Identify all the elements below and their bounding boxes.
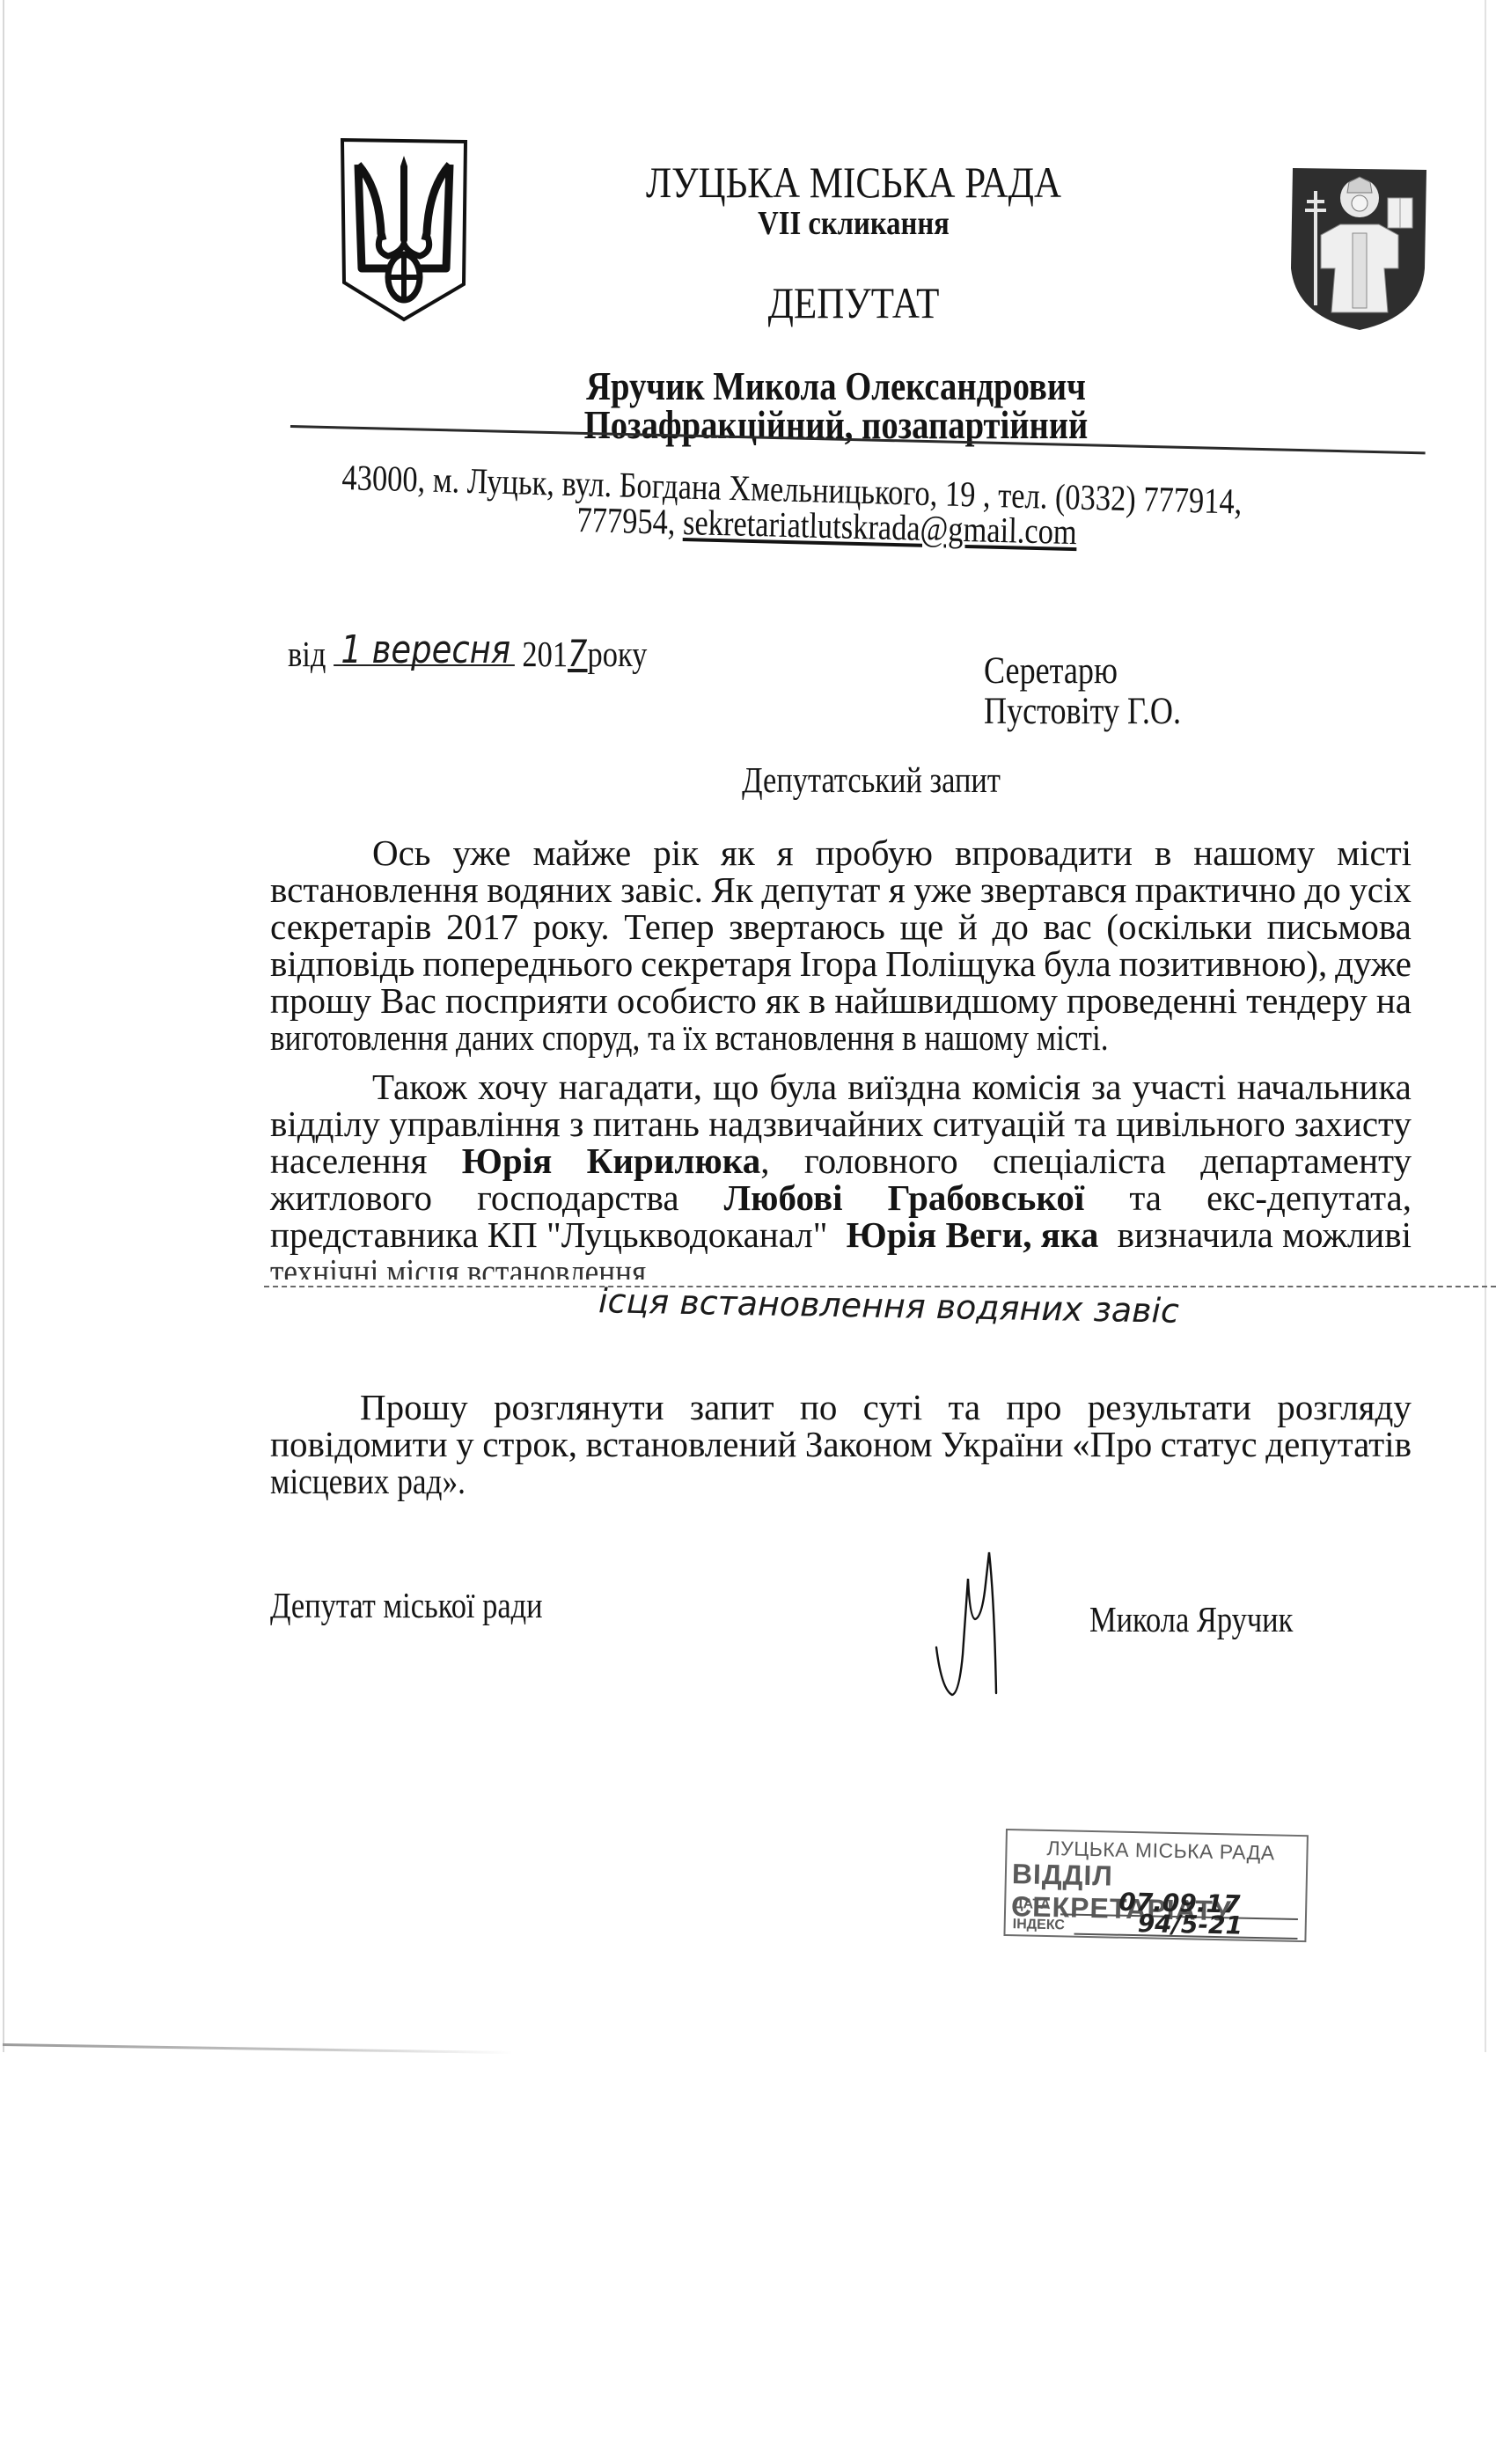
bold-name: Юрія Веги, яка xyxy=(847,1216,1099,1253)
convocation: VII скликання xyxy=(543,204,1163,243)
deputy-affiliation: Позафракційний, позапартійний xyxy=(533,401,1140,448)
signer-name: Микола Яручик xyxy=(1089,1598,1293,1640)
p2-line: житлового господарства Любові Грабовсько… xyxy=(270,1179,1412,1216)
ukraine-trident-emblem-icon xyxy=(339,136,469,323)
p1-line: відповідьпопередньогосекретаряІгораПоліщ… xyxy=(270,945,1412,982)
scan-page-edge-right xyxy=(1485,0,1486,2052)
p2-line: представника КП "Луцькводоканал" Юрія Ве… xyxy=(270,1216,1412,1253)
lutsk-coat-of-arms-icon xyxy=(1289,163,1430,334)
body-paragraph-2: Такожхочунагадати,щобулавиїзднакомісіяза… xyxy=(270,1068,1412,1280)
handwritten-signature xyxy=(933,1549,1047,1703)
bold-name: Грабовської xyxy=(888,1179,1085,1216)
p1-line: прошуВаспосприятиособистояквнайшвидшомуп… xyxy=(270,982,1412,1019)
stamp-index-label: ІНДЕКС xyxy=(1013,1917,1066,1933)
body-paragraph-3: Прошурозглянутизапитпосутітапрорезультат… xyxy=(270,1389,1412,1500)
council-name: ЛУЦЬКА МІСЬКА РАДА xyxy=(543,157,1163,208)
document-title: Депутатський запит xyxy=(656,759,1085,801)
deputy-title: ДЕПУТАТ xyxy=(543,277,1163,328)
p3-line: повідомитиустрок,встановленийЗакономУкра… xyxy=(270,1426,1412,1463)
date-line: від 1 вересня 2017року xyxy=(288,632,647,675)
phone-number: 777954, xyxy=(576,499,683,542)
p3-line: Прошурозглянутизапитпосутітапрорезультат… xyxy=(270,1389,1412,1426)
p2-cut-line: технічні місця встановлення xyxy=(270,1253,1251,1280)
handwritten-correction: ісця встановлення водяних завіс xyxy=(598,1281,1180,1331)
date-prefix: від xyxy=(288,634,326,674)
bold-name: Кирилюка xyxy=(587,1140,761,1181)
body-paragraph-1: Осьужемайжерікякяпробуювпровадитивнашому… xyxy=(270,834,1412,1056)
date-field: 1 вересня xyxy=(334,633,515,666)
stamp-date-label: ДАТА xyxy=(1013,1896,1051,1913)
signature-position: Депутат міської ради xyxy=(270,1584,543,1626)
stamp-index-value: 94/5-21 xyxy=(1137,1909,1243,1940)
p1-line: Осьужемайжерікякяпробуювпровадитивнашому… xyxy=(270,834,1412,871)
scan-page-edge-bottom xyxy=(3,2043,513,2054)
p2-line: Такожхочунагадати,щобулавиїзднакомісіяза… xyxy=(270,1068,1412,1105)
p1-line: секретарів2017року.Теперзвертаюсьщейдова… xyxy=(270,908,1412,945)
addressee-line-1: Серетарю xyxy=(984,649,1118,693)
p2-line: відділууправліннязпитаньнадзвичайнихситу… xyxy=(270,1105,1412,1142)
email-link[interactable]: sekretariatlutskrada@gmail.com xyxy=(683,502,1077,552)
p1-line: встановленняводянихзавіс.Якдепутатяужезв… xyxy=(270,871,1412,908)
scan-page-edge-left xyxy=(3,0,4,2052)
p2-line: населення Юрія Кирилюка, головного спеці… xyxy=(270,1142,1412,1179)
bold-name: Юрія xyxy=(462,1142,553,1179)
addressee-line-2: Пустовіту Г.О. xyxy=(984,690,1181,733)
date-suffix: року xyxy=(588,634,648,674)
handwritten-date: 1 вересня xyxy=(341,627,510,672)
p1-line: виготовлення даних споруд, та їх встанов… xyxy=(270,1019,1251,1056)
p3-line: місцевих рад». xyxy=(270,1463,1251,1500)
year-printed: 201 xyxy=(522,634,568,674)
year-handwritten-digit: 7 xyxy=(568,632,587,675)
registration-stamp: ЛУЦЬКА МІСЬКА РАДА ВІДДІЛ СЕКРЕТАРІАТУ Д… xyxy=(1003,1829,1308,1942)
bold-name: Любові xyxy=(724,1179,843,1216)
